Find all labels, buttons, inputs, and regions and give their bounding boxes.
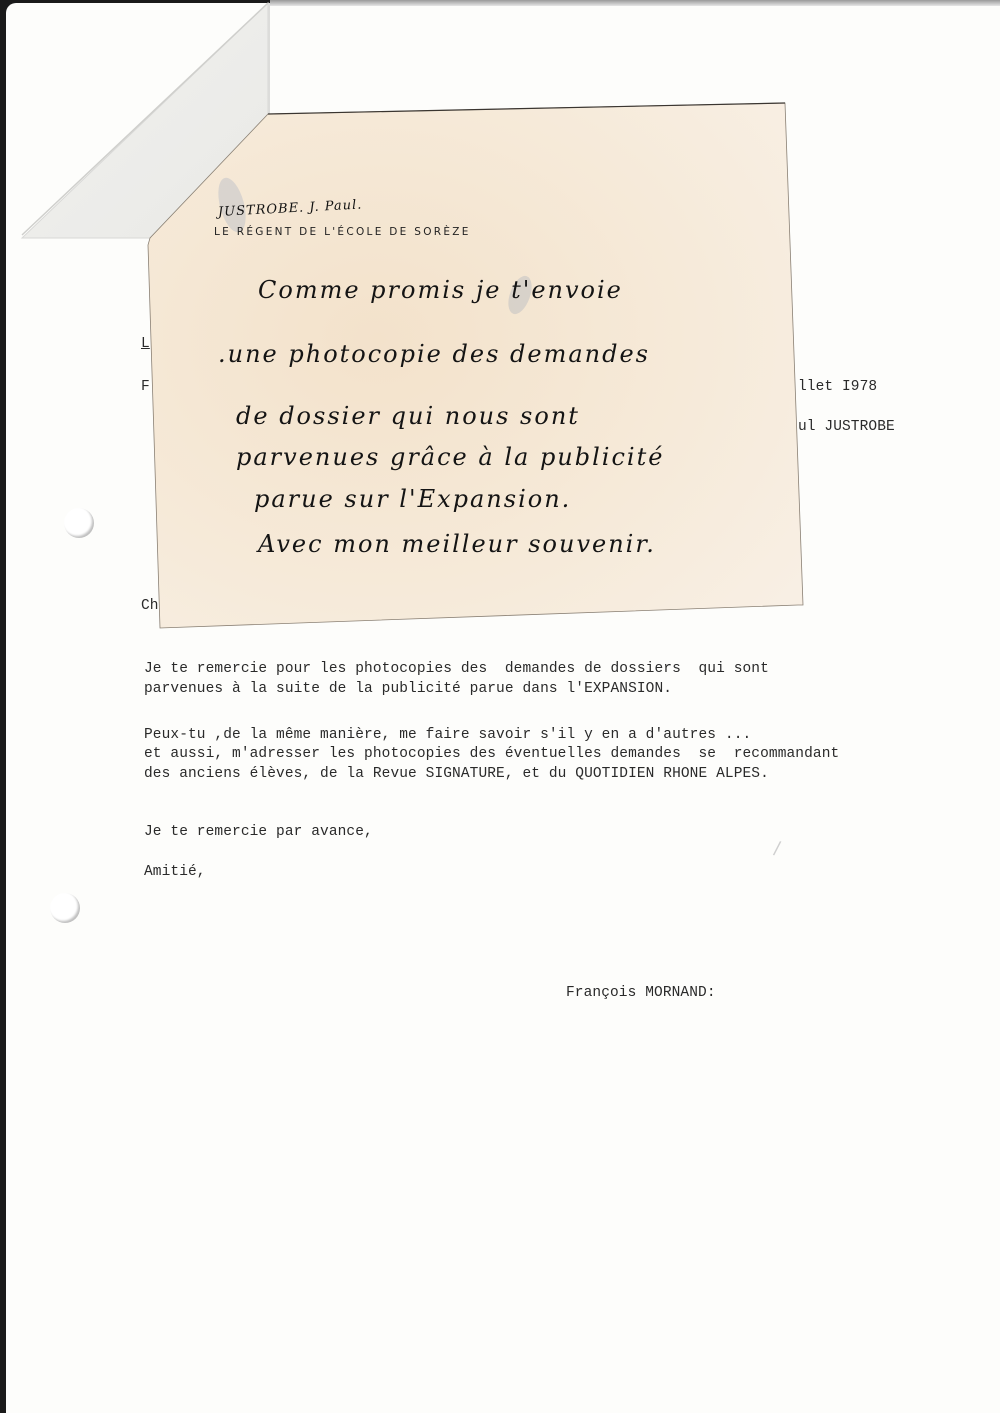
card-line-1: Comme promis je t'envoie — [258, 276, 623, 304]
card-line-2: .une photocopie des demandes — [218, 340, 650, 368]
card-line-4: parvenues grâce à la publicité — [236, 443, 664, 471]
card-line-5: parue sur l'Expansion. — [254, 485, 571, 513]
card-line-6: Avec mon meilleur souvenir. — [258, 530, 656, 558]
card-line-3: de dossier qui nous sont — [236, 402, 580, 430]
handwritten-card-shape — [0, 0, 1000, 1413]
card-printed-title: LE RÉGENT DE L'ÉCOLE DE SORÈZE — [214, 226, 471, 238]
